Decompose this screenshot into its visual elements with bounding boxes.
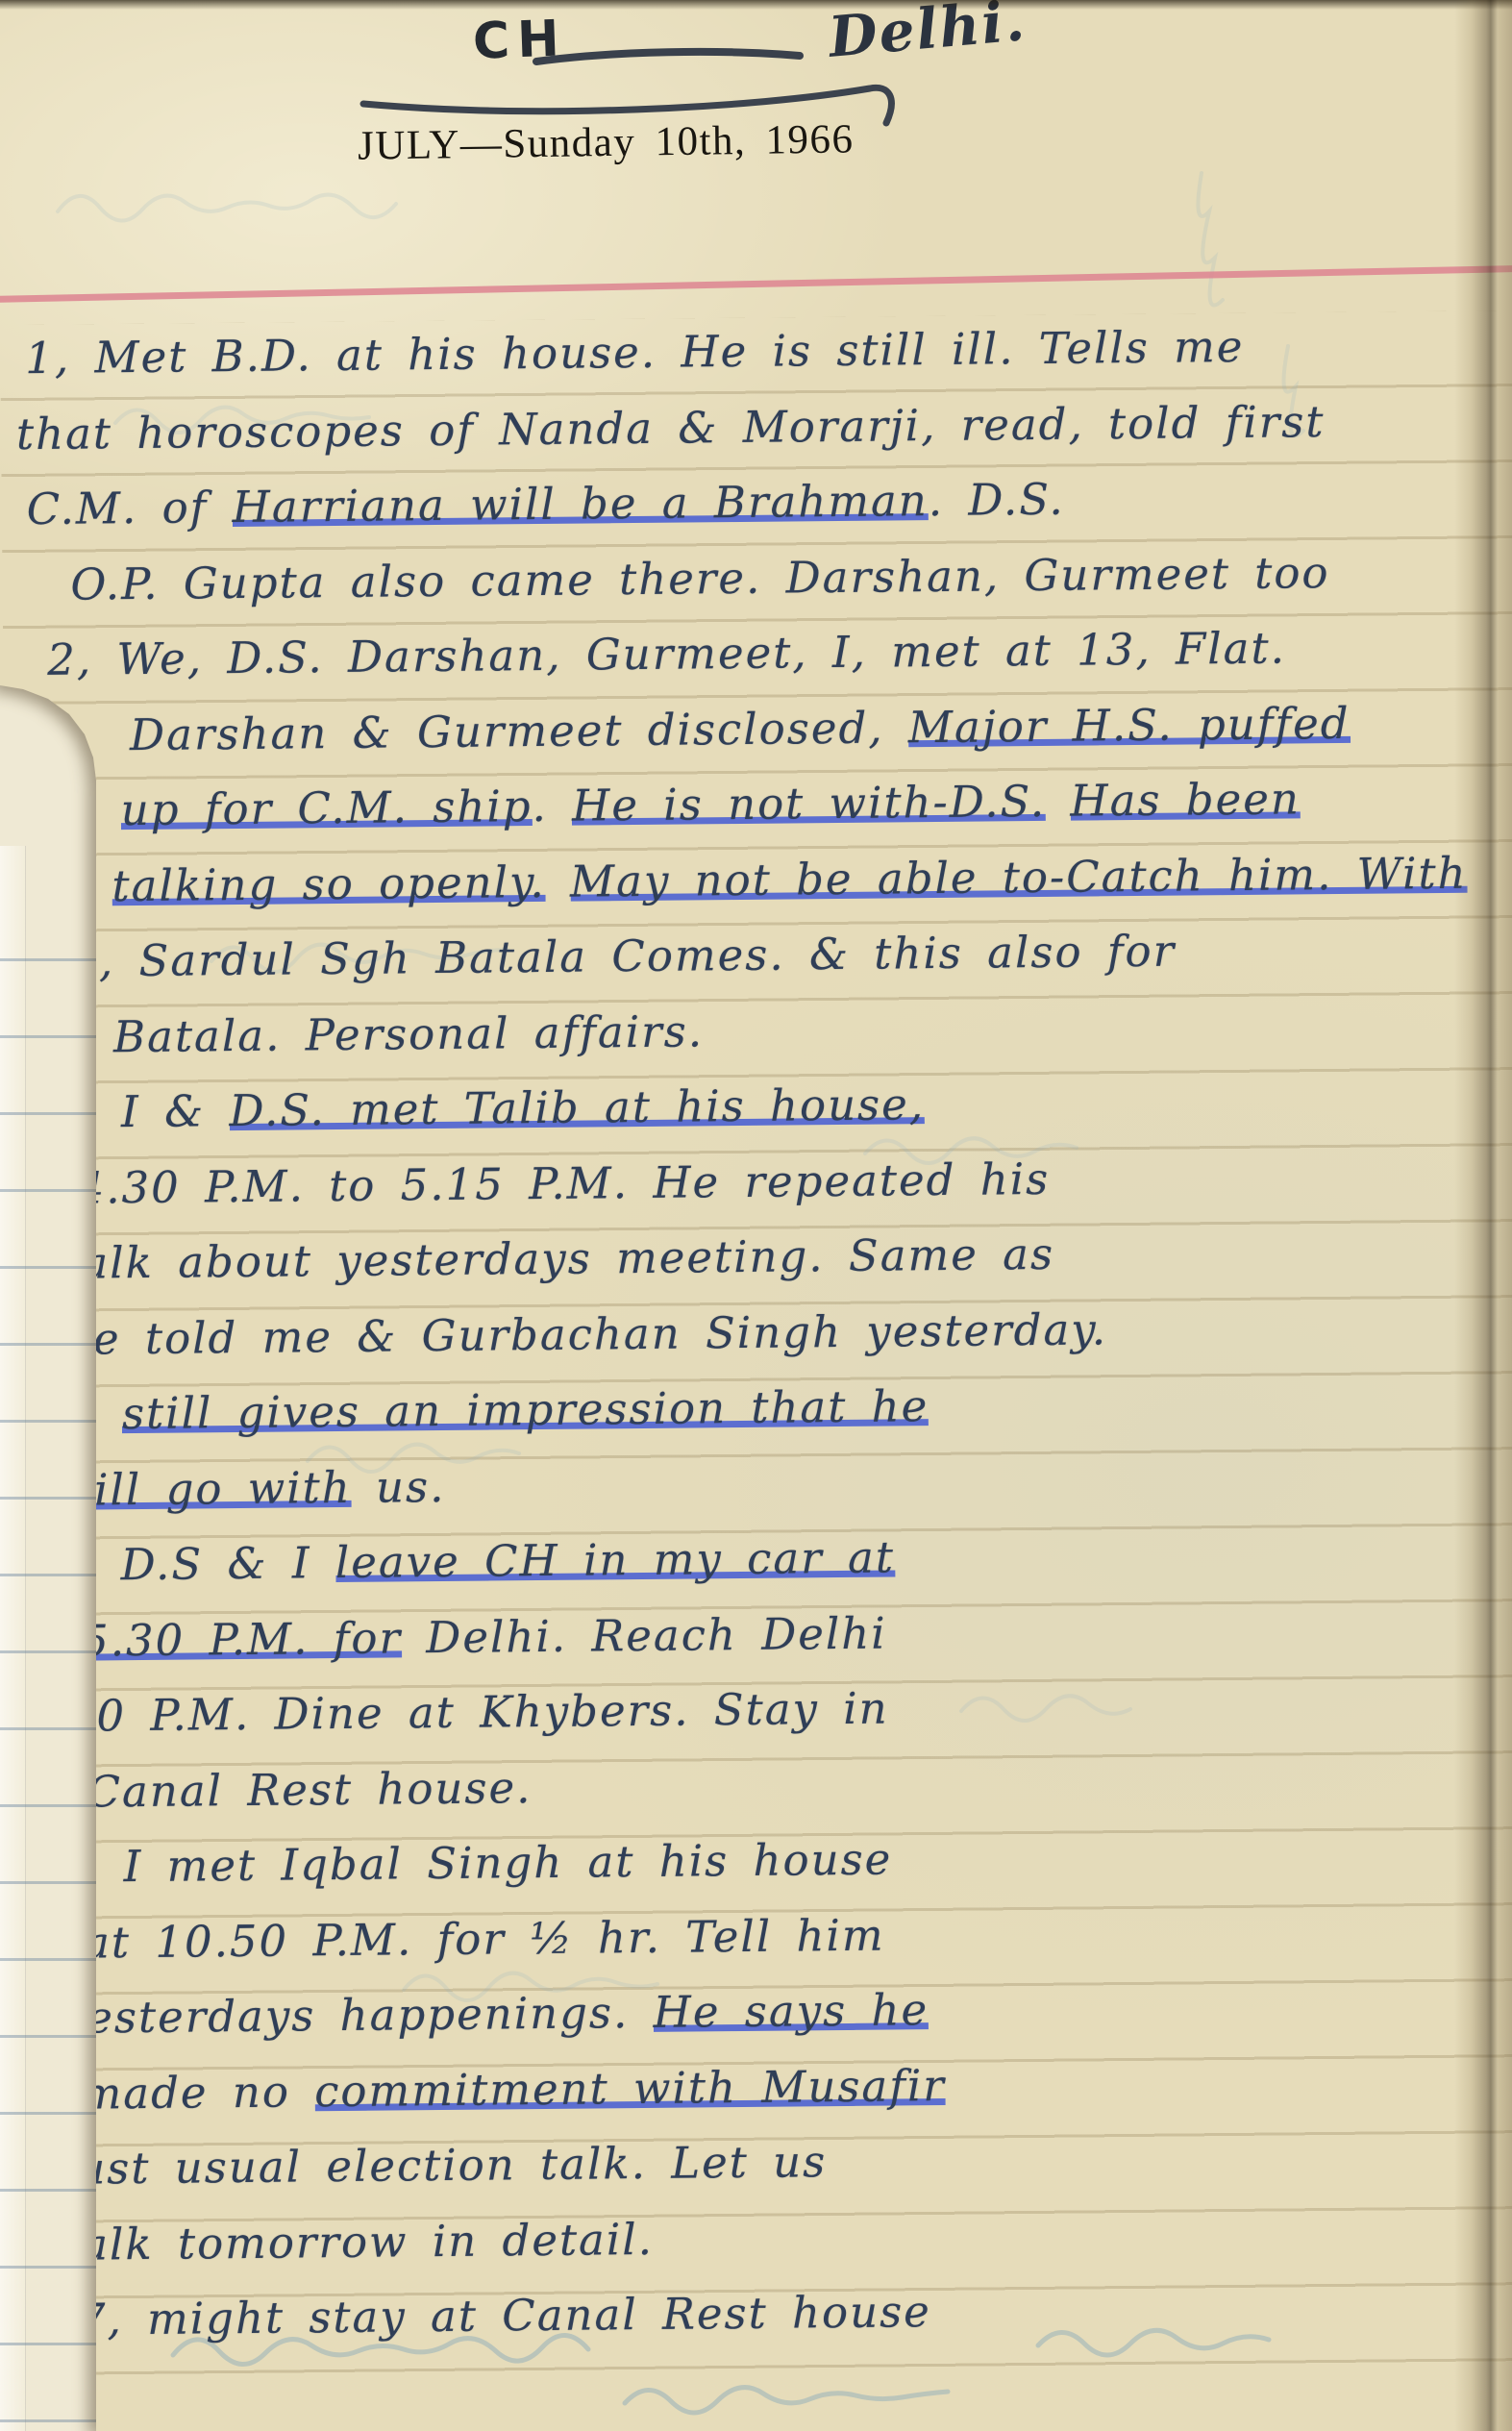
diary-line: talk about yesterdays meeting. Same as <box>24 1225 1481 1314</box>
diary-lines: 1, Met B.D. at his house. He is still il… <box>15 319 1491 2370</box>
phrase: 4.30 P.M. to 5.15 P.M. He repeated his <box>76 1153 1050 1213</box>
diary-line: yesterdays happenings. He says he <box>32 1979 1489 2069</box>
route-label-from: CH <box>472 10 568 70</box>
top-edge-shadow <box>0 0 1512 10</box>
phrase: he told me & Gurbachan Singh yesterday. <box>63 1303 1107 1364</box>
underlined-phrase: He is not with-D.S. <box>572 776 1046 831</box>
pink-rule <box>0 265 1512 303</box>
diary-page-scan: CH Delhi. JULY—Sunday 10th, 1966 1, Met … <box>0 0 1512 2431</box>
phrase: Batala. Personal affairs. <box>113 1005 704 1062</box>
diary-line: at 10.50 P.M. for ½ hr. Tell him <box>31 1903 1488 1993</box>
underlined-phrase: leave CH in my car at <box>335 1531 896 1588</box>
phrase: 2, We, D.S. Darshan, Gurmeet, I, met at … <box>47 623 1286 685</box>
diary-line: 2, We, D.S. Darshan, Gurmeet, I, met at … <box>18 621 1475 710</box>
diary-line: talk tomorrow in detail. <box>34 2205 1491 2295</box>
diary-line: 7, might stay at Canal Rest house <box>35 2281 1492 2370</box>
diary-line: 4.30 P.M. to 5.15 P.M. He repeated his <box>23 1149 1480 1238</box>
underlined-phrase: Harriana will be a Brahman <box>232 475 929 533</box>
phrase: O.P. Gupta also came there. Darshan, Gur… <box>70 547 1329 610</box>
diary-line: 10 P.M. Dine at Khybers. Stay in <box>29 1677 1486 1767</box>
phrase: Darshan & Gurmeet disclosed, <box>130 702 908 760</box>
underlined-phrase: still gives an impression that he <box>122 1380 930 1439</box>
phrase: us. <box>351 1460 445 1512</box>
phrase <box>1046 776 1071 827</box>
phrase: Delhi. Reach Delhi <box>402 1607 887 1663</box>
diary-line: just usual election talk. Let us <box>33 2130 1490 2220</box>
underlined-phrase: will go with <box>55 1461 352 1515</box>
underlined-phrase: He says he <box>653 1984 929 2038</box>
phrase: 7, might stay at Canal Rest house <box>78 2286 931 2345</box>
diary-line: 5, D.S & I leave CH in my car at <box>27 1526 1484 1616</box>
diary-line: talking so openly. May not be able to-Ca… <box>20 847 1477 936</box>
diary-line: 4, I & D.S. met Talib at his house, <box>23 1074 1480 1163</box>
phrase: 6, I met Iqbal Singh at his house <box>54 1834 892 1893</box>
printed-date: JULY—Sunday 10th, 1966 <box>358 115 855 169</box>
underlined-phrase: 5.30 P.M. for <box>81 1612 402 1666</box>
underlined-phrase: Major H.S. puffed <box>908 697 1351 752</box>
diary-line: Batala. Personal affairs. <box>22 998 1479 1087</box>
phrase: . <box>532 781 572 831</box>
phrase <box>545 856 570 906</box>
route-label-to: Delhi. <box>826 0 1029 70</box>
underlined-phrase: talking so openly. <box>112 856 546 910</box>
diary-line: Darshan & Gurmeet disclosed, Major H.S. … <box>19 696 1476 785</box>
diary-line: he told me & Gurbachan Singh yesterday. <box>25 1300 1482 1389</box>
phrase: 3, Sardul Sgh Batala Comes. & this also … <box>69 926 1176 987</box>
phrase: made no <box>80 2066 314 2119</box>
diary-line: will go with us. <box>26 1451 1483 1540</box>
underlined-phrase: May not be able to-Catch him. With <box>570 847 1468 906</box>
phrase: C.M. of <box>27 482 233 534</box>
route-dash-stroke <box>536 52 800 62</box>
diary-line: made no commitment with Musafir <box>32 2054 1489 2144</box>
phrase: just usual election talk. Let us <box>62 2136 827 2195</box>
diary-line: that horoscopes of Nanda & Morarji, read… <box>16 394 1474 484</box>
phrase: talk about yesterdays meeting. Same as <box>62 1228 1054 1289</box>
underlined-phrase: Has been <box>1070 773 1301 826</box>
phrase: 4, I & <box>52 1085 230 1138</box>
diary-line: 5.30 P.M. for Delhi. Reach Delhi <box>28 1601 1485 1691</box>
diary-line: O.P. Gupta also came there. Darshan, Gur… <box>17 545 1475 634</box>
underlined-phrase: up for C.M. ship <box>121 781 533 835</box>
diary-line: Canal Rest house. <box>29 1752 1486 1842</box>
phrase: 10 P.M. Dine at Khybers. Stay in <box>67 1683 889 1742</box>
phrase: yesterdays happenings. <box>61 1987 654 2044</box>
phrase: He <box>31 1388 123 1440</box>
diary-line: 3, Sardul Sgh Batala Comes. & this also … <box>21 923 1478 1012</box>
phrase: Canal Rest house. <box>87 1762 532 1817</box>
diary-page: CH Delhi. JULY—Sunday 10th, 1966 1, Met … <box>0 0 1512 2431</box>
diary-line: 1, Met B.D. at his house. He is still il… <box>15 319 1473 409</box>
diary-line: C.M. of Harriana will be a Brahman. D.S. <box>17 470 1475 559</box>
page-shadow-wrapper: CH Delhi. JULY—Sunday 10th, 1966 1, Met … <box>0 0 1512 2431</box>
diary-line: 6, I met Iqbal Singh at his house <box>30 1828 1487 1918</box>
phrase: 1, Met B.D. at his house. He is still il… <box>25 321 1245 384</box>
underlined-phrase: commitment with Musafir <box>314 2059 946 2116</box>
diary-line: He still gives an impression that he <box>26 1376 1483 1465</box>
phrase: . D.S. <box>929 474 1065 526</box>
diary-line: up for C.M. ship. He is not with-D.S. Ha… <box>20 772 1477 861</box>
underlined-phrase: D.S. met Talib at his house, <box>229 1079 925 1136</box>
phrase: talk tomorrow in detail. <box>62 2213 654 2270</box>
phrase: 5, D.S & I <box>51 1537 335 1591</box>
phrase: at 10.50 P.M. for ½ hr. Tell him <box>84 1909 885 1968</box>
